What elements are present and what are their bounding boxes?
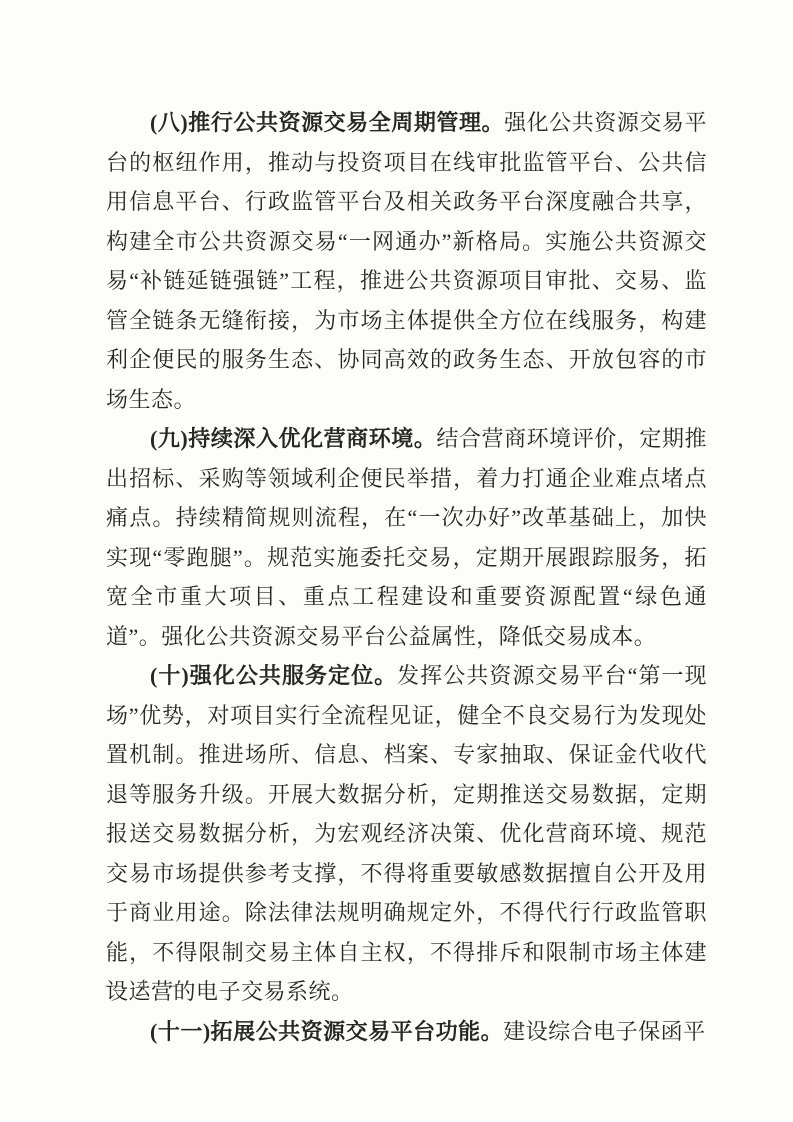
paragraph-lead: (九)持续深入优化营商环境。 (150, 426, 436, 451)
document-page: (八)推行公共资源交易全周期管理。强化公共资源交易平台的枢纽作用，推动与投资项目… (0, 0, 793, 1122)
page-number: — 4 — (106, 977, 184, 994)
paragraph-lead: (十一)拓展公共资源交易平台功能。 (150, 1019, 503, 1044)
paragraph-body: 建设综合电子保函平 (503, 1019, 706, 1044)
paragraph-item-9: (九)持续深入优化营商环境。结合营商环境评价，定期推出招标、采购等领域利企便民举… (106, 419, 707, 656)
paragraph-lead: (八)推行公共资源交易全周期管理。 (150, 110, 504, 135)
paragraph-body: 强化公共资源交易平台的枢纽作用，推动与投资项目在线审批监管平台、公共信用信息平台… (106, 110, 707, 412)
page-footer: — 4 — (106, 977, 184, 995)
paragraph-body: 结合营商环境评价，定期推出招标、采购等领域利企便民举措，着力打通企业难点堵点痛点… (106, 426, 707, 649)
paragraph-item-11: (十一)拓展公共资源交易平台功能。建设综合电子保函平 (106, 1012, 707, 1052)
document-body: (八)推行公共资源交易全周期管理。强化公共资源交易平台的枢纽作用，推动与投资项目… (106, 103, 707, 1051)
paragraph-item-8: (八)推行公共资源交易全周期管理。强化公共资源交易平台的枢纽作用，推动与投资项目… (106, 103, 707, 419)
paragraph-lead: (十)强化公共服务定位。 (150, 663, 397, 688)
paragraph-body: 发挥公共资源交易平台“第一现场”优势，对项目实行全流程见证，健全不良交易行为发现… (106, 663, 707, 1004)
paragraph-item-10: (十)强化公共服务定位。发挥公共资源交易平台“第一现场”优势，对项目实行全流程见… (106, 656, 707, 1012)
